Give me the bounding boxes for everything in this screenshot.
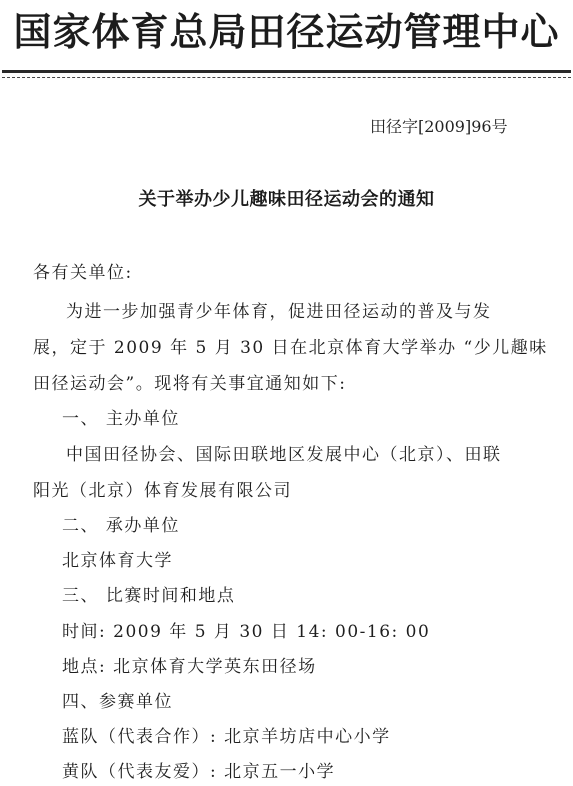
intro-line-3: 田径运动会”。现将有关事宜通知如下: — [33, 369, 346, 394]
section-content-time: 时间: 2009 年 5 月 30 日 14: 00-16: 00 — [62, 617, 430, 642]
salutation: 各有关单位: — [33, 258, 133, 283]
letterhead-rule-thick — [2, 70, 571, 73]
section-heading-time-place: 三、 比赛时间和地点 — [62, 581, 235, 606]
letterhead-title: 国家体育总局田径运动管理中心 — [0, 8, 573, 56]
section-content-yellow-team: 黄队（代表友爱）: 北京五一小学 — [62, 757, 335, 782]
section-heading-organizer: 一、 主办单位 — [62, 404, 180, 429]
letterhead-rule-thin — [2, 77, 571, 78]
section-content-place: 地点: 北京体育大学英东田径场 — [62, 652, 317, 677]
doc-subject: 关于举办少儿趣味田径运动会的通知 — [0, 185, 573, 211]
intro-line-2: 展，定于 2009 年 5 月 30 日在北京体育大学举办 “少儿趣味 — [33, 333, 548, 358]
section-heading-host: 二、 承办单位 — [62, 511, 180, 536]
doc-number: 田径字[2009]96号 — [370, 114, 508, 137]
section-content-blue-team: 蓝队（代表合作）: 北京羊坊店中心小学 — [62, 722, 391, 747]
section-content-organizer-1: 中国田径协会、国际田联地区发展中心（北京）、田联 — [66, 440, 502, 465]
section-content-organizer-2: 阳光（北京）体育发展有限公司 — [33, 476, 292, 501]
section-heading-participants: 四、参赛单位 — [62, 687, 173, 712]
intro-line-1: 为进一步加强青少年体育，促进田径运动的普及与发 — [66, 297, 492, 322]
section-content-host: 北京体育大学 — [62, 546, 173, 571]
